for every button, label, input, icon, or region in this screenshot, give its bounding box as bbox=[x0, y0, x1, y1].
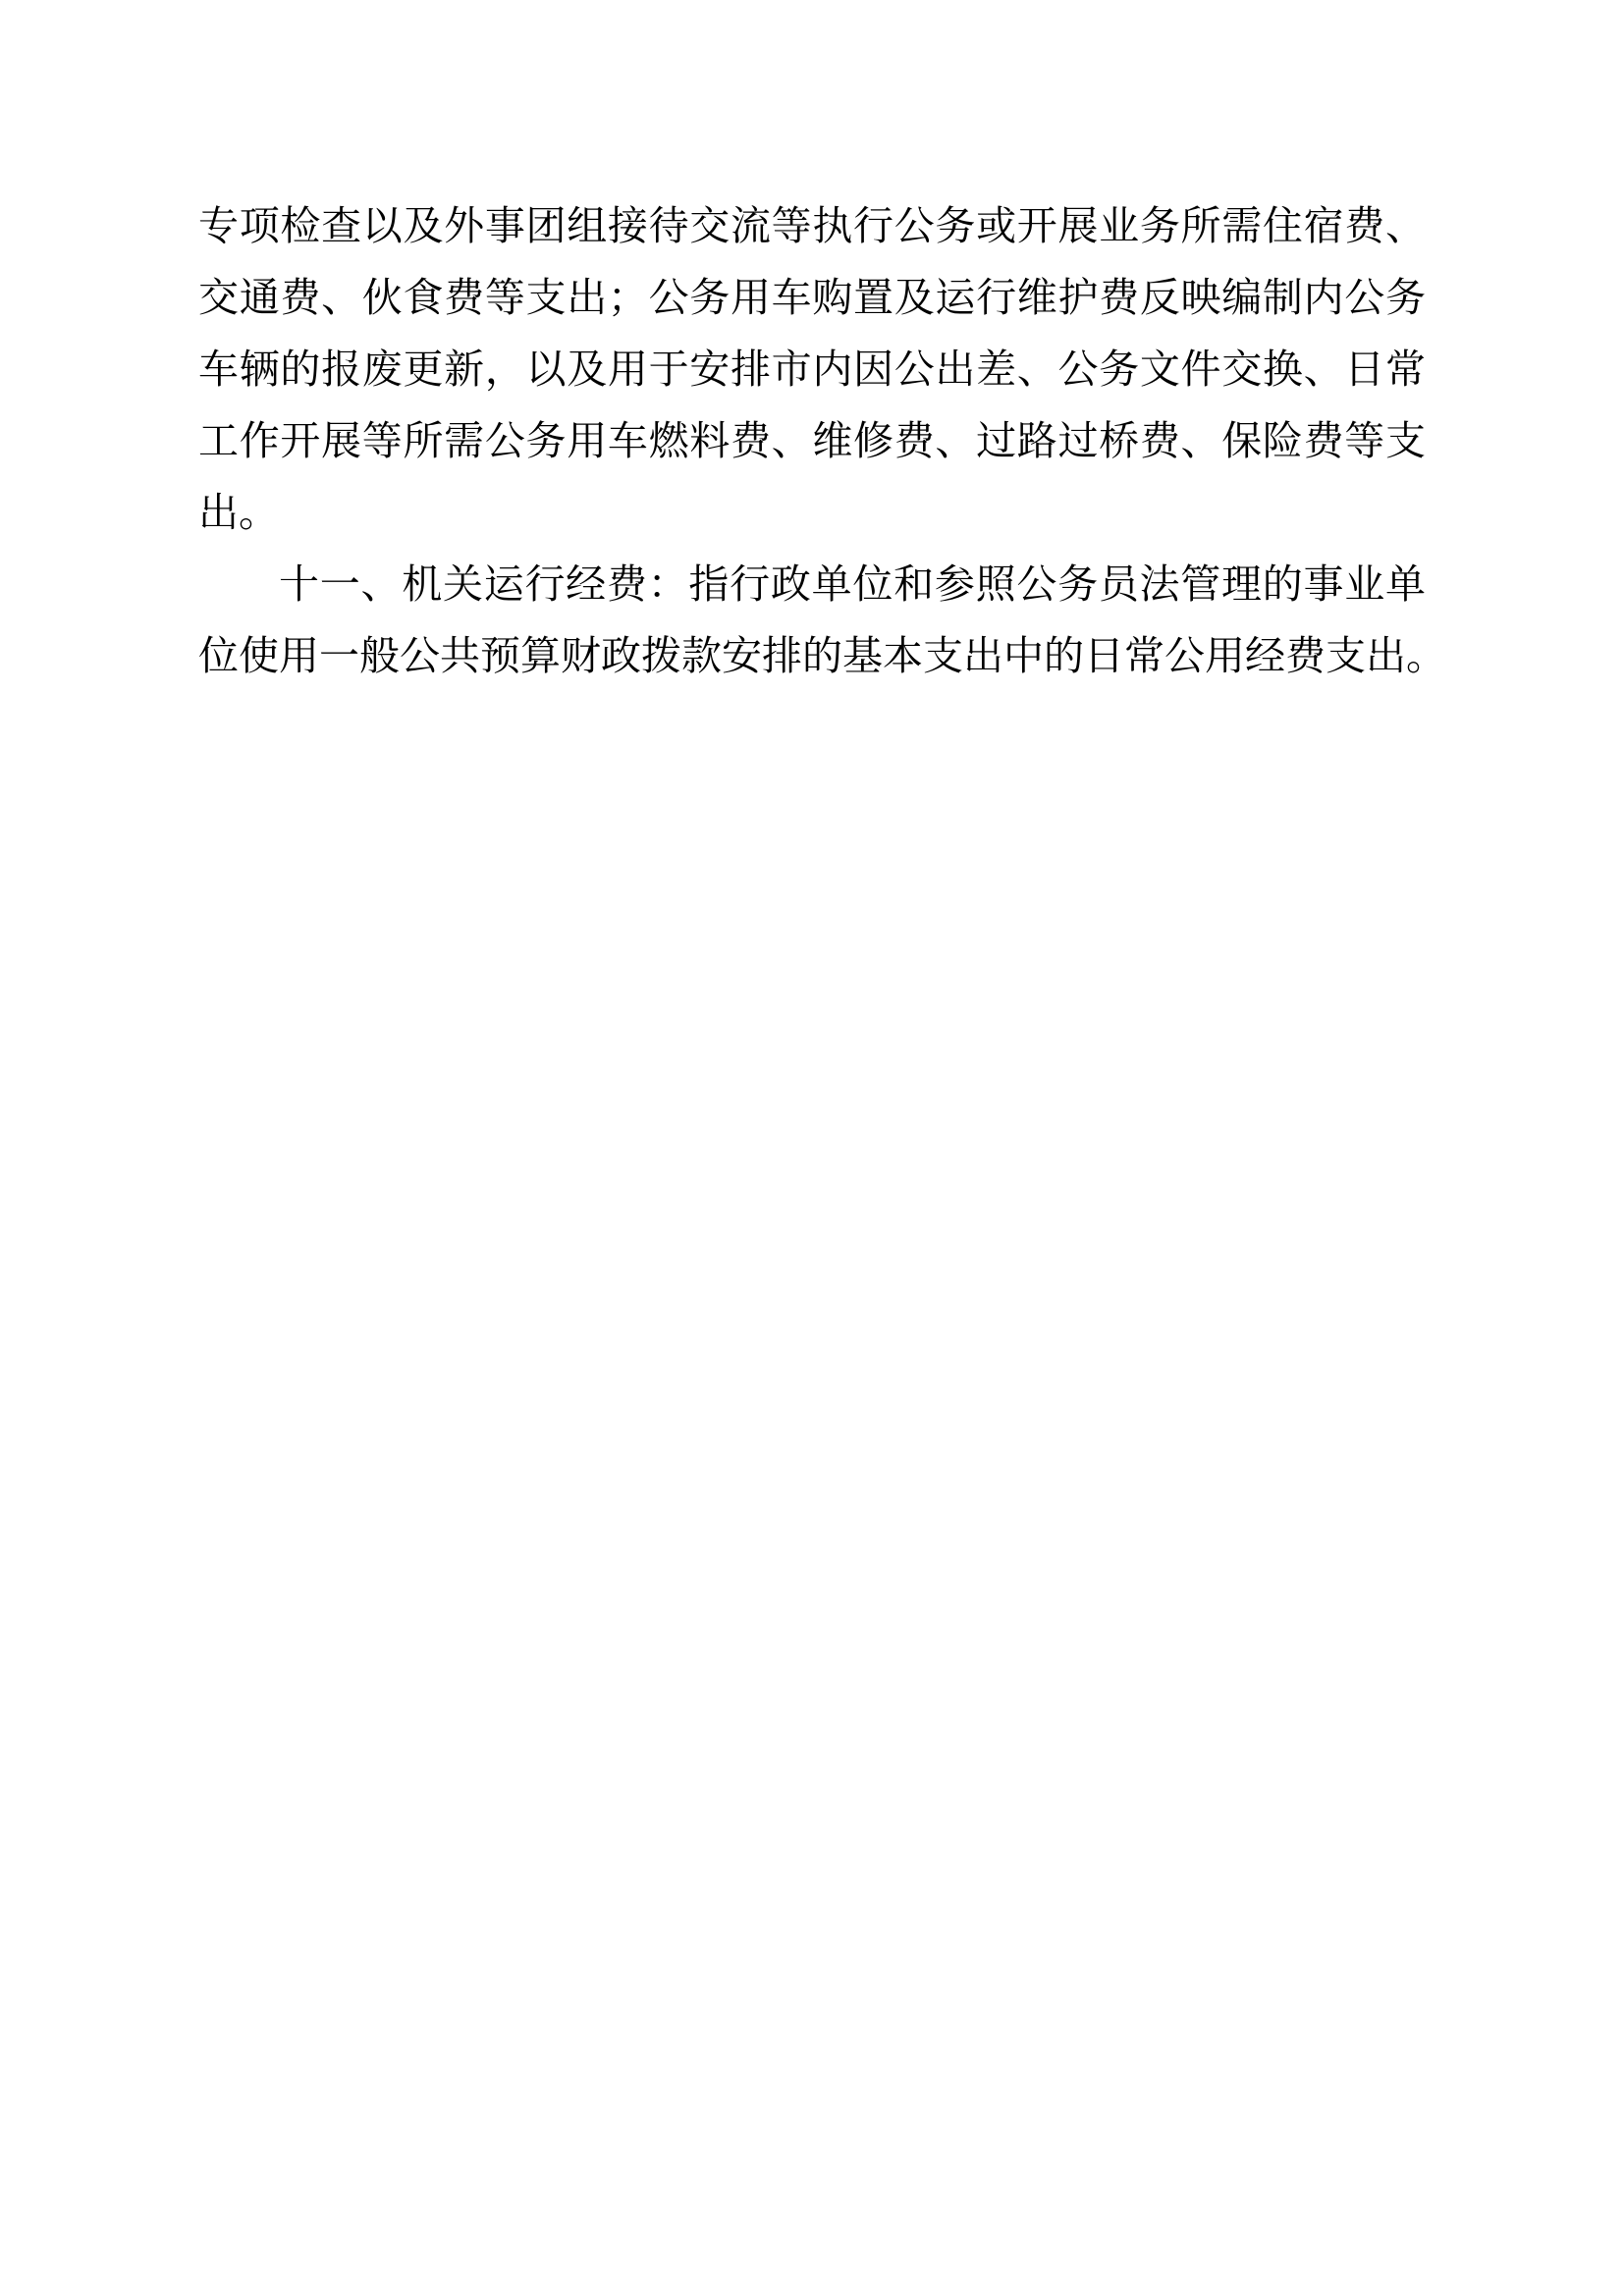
text-line: 出。 bbox=[198, 477, 1426, 549]
paragraph: 专项检查以及外事团组接待交流等执行公务或开展业务所需住宿费、交通费、伙食费等支出… bbox=[198, 190, 1426, 549]
text-line: 工作开展等所需公务用车燃料费、维修费、过路过桥费、保险费等支 bbox=[198, 405, 1426, 477]
document-body: 专项检查以及外事团组接待交流等执行公务或开展业务所需住宿费、交通费、伙食费等支出… bbox=[198, 190, 1426, 692]
paragraph: 十一、机关运行经费：指行政单位和参照公务员法管理的事业单位使用一般公共预算财政拨… bbox=[198, 549, 1426, 692]
text-line: 交通费、伙食费等支出；公务用车购置及运行维护费反映编制内公务 bbox=[198, 262, 1426, 334]
document-page: 专项检查以及外事团组接待交流等执行公务或开展业务所需住宿费、交通费、伙食费等支出… bbox=[0, 0, 1624, 2296]
text-line: 专项检查以及外事团组接待交流等执行公务或开展业务所需住宿费、 bbox=[198, 190, 1426, 262]
text-line: 位使用一般公共预算财政拨款安排的基本支出中的日常公用经费支出。 bbox=[198, 620, 1426, 692]
text-line: 十一、机关运行经费：指行政单位和参照公务员法管理的事业单 bbox=[198, 549, 1426, 620]
text-line: 车辆的报废更新，以及用于安排市内因公出差、公务文件交换、日常 bbox=[198, 334, 1426, 405]
